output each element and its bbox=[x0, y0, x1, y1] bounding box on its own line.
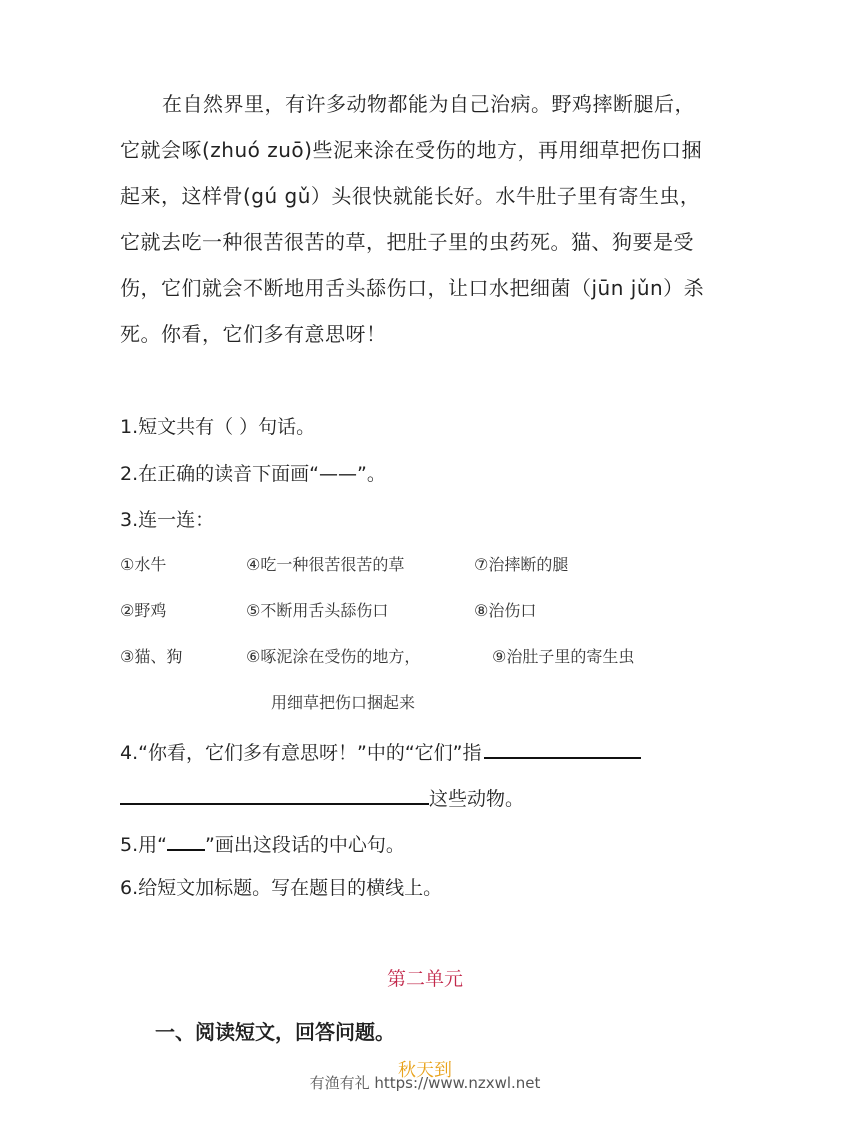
question-4-suffix: 这些动物。 bbox=[429, 788, 524, 810]
question-4-text: 4.“你看，它们多有意思呀！”中的“它们”指 bbox=[120, 742, 482, 764]
answer-blank-4b[interactable] bbox=[120, 781, 429, 805]
match-item-6: ⑥啄泥涂在受伤的地方， bbox=[246, 644, 420, 667]
passage-line: 死。你看，它们多有意思呀！ bbox=[120, 311, 740, 357]
underline-sample bbox=[167, 827, 205, 851]
section-heading: 一、阅读短文，回答问题。 bbox=[155, 1016, 395, 1045]
match-item-1: ①水牛 bbox=[120, 552, 166, 575]
match-item-8: ⑧治伤口 bbox=[474, 598, 536, 621]
passage-line: 它就会啄(zhuó zuō)些泥来涂在受伤的地方，再用细草把伤口捆 bbox=[120, 127, 740, 173]
match-item-2: ②野鸡 bbox=[120, 598, 166, 621]
question-1: 1.短文共有（ ）句话。 bbox=[120, 412, 315, 439]
question-6: 6.给短文加标题。写在题目的横线上。 bbox=[120, 873, 442, 900]
match-item-4: ④吃一种很苦很苦的草 bbox=[246, 552, 404, 575]
match-item-6-continued: 用细草把伤口捆起来 bbox=[271, 690, 415, 713]
watermark: 有渔有礼 https://www.nzxwl.net bbox=[0, 1072, 850, 1093]
question-4-continued: 这些动物。 bbox=[120, 781, 524, 811]
passage-line: 在自然界里，有许多动物都能为自己治病。野鸡摔断腿后， bbox=[120, 81, 740, 127]
answer-blank-4a[interactable] bbox=[484, 735, 641, 759]
question-3: 3.连一连： bbox=[120, 505, 214, 532]
reading-passage: 在自然界里，有许多动物都能为自己治病。野鸡摔断腿后， 它就会啄(zhuó zuō… bbox=[120, 81, 740, 357]
question-4: 4.“你看，它们多有意思呀！”中的“它们”指 bbox=[120, 735, 641, 765]
passage-line: 伤，它们就会不断地用舌头舔伤口，让口水把细菌（jūn jǔn）杀 bbox=[120, 265, 740, 311]
passage-line: 起来，这样骨(gú gǔ）头很快就能长好。水牛肚子里有寄生虫， bbox=[120, 173, 740, 219]
match-item-5: ⑤不断用舌头舔伤口 bbox=[246, 598, 388, 621]
match-item-9: ⑨治肚子里的寄生虫 bbox=[492, 644, 634, 667]
unit-title: 第二单元 bbox=[0, 964, 850, 991]
question-5-prefix: 5.用“ bbox=[120, 834, 167, 856]
question-2: 2.在正确的读音下面画“——”。 bbox=[120, 459, 386, 486]
match-item-3: ③猫、狗 bbox=[120, 644, 182, 667]
question-5: 5.用“”画出这段话的中心句。 bbox=[120, 827, 405, 857]
passage-line: 它就去吃一种很苦很苦的草，把肚子里的虫药死。猫、狗要是受 bbox=[120, 219, 740, 265]
question-5-suffix: ”画出这段话的中心句。 bbox=[205, 834, 405, 856]
match-item-7: ⑦治摔断的腿 bbox=[474, 552, 568, 575]
